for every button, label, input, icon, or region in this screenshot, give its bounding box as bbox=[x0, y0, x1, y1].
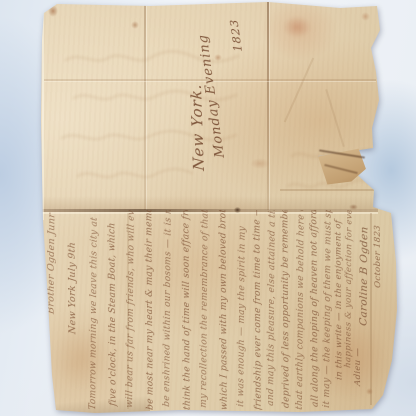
letter-line: happiness & your affection for ever bbox=[343, 210, 355, 369]
letter-closing: Adieu — bbox=[353, 347, 364, 386]
letter-dateline: October 1823 bbox=[373, 225, 382, 289]
letter-line: deprived of less opportunity be remember… bbox=[280, 210, 293, 409]
letter-line: be enshrined within our bosoms — it is n… bbox=[162, 210, 175, 408]
letter-line: my recollection the remembrance of that … bbox=[199, 210, 212, 409]
letter-line: five o'clock, in the Steam Boat, which bbox=[107, 222, 119, 407]
letter-line: Tomorrow morning we leave this city at bbox=[88, 216, 101, 410]
letter-line: it was enough — may the spirit in my bbox=[236, 226, 249, 408]
letter-line: that earthly companions we behold here c… bbox=[295, 210, 308, 410]
letter-line: think the hand of time will soon efface … bbox=[181, 210, 193, 410]
letter-scan: New York. Monday Evening 1823 Brother Og… bbox=[0, 0, 416, 416]
paper-wrap: New York. Monday Evening 1823 Brother Og… bbox=[0, 0, 416, 416]
letter-line: New York July 9th bbox=[67, 241, 79, 334]
letter-line: Brother Ogden Junr bbox=[46, 212, 58, 314]
letter-line: be most near my heart & may their memory bbox=[144, 210, 156, 410]
letter-line: friendship ever come from time to time —… bbox=[252, 210, 265, 410]
letter-line: which I passed with my own beloved broth… bbox=[218, 210, 231, 410]
letter-signature: Caroline B Ogden bbox=[359, 226, 371, 327]
letter-line: will bear us far from friends, who will … bbox=[125, 210, 138, 409]
letter-body: Brother Ogden Junr New York July 9th Tom… bbox=[42, 210, 382, 410]
letter-paper: New York. Monday Evening 1823 Brother Og… bbox=[0, 0, 416, 416]
letter-line: and may this pleasure, else attained a t… bbox=[266, 210, 279, 407]
letter-line: all along the hoping of heaven not affor… bbox=[309, 210, 321, 408]
